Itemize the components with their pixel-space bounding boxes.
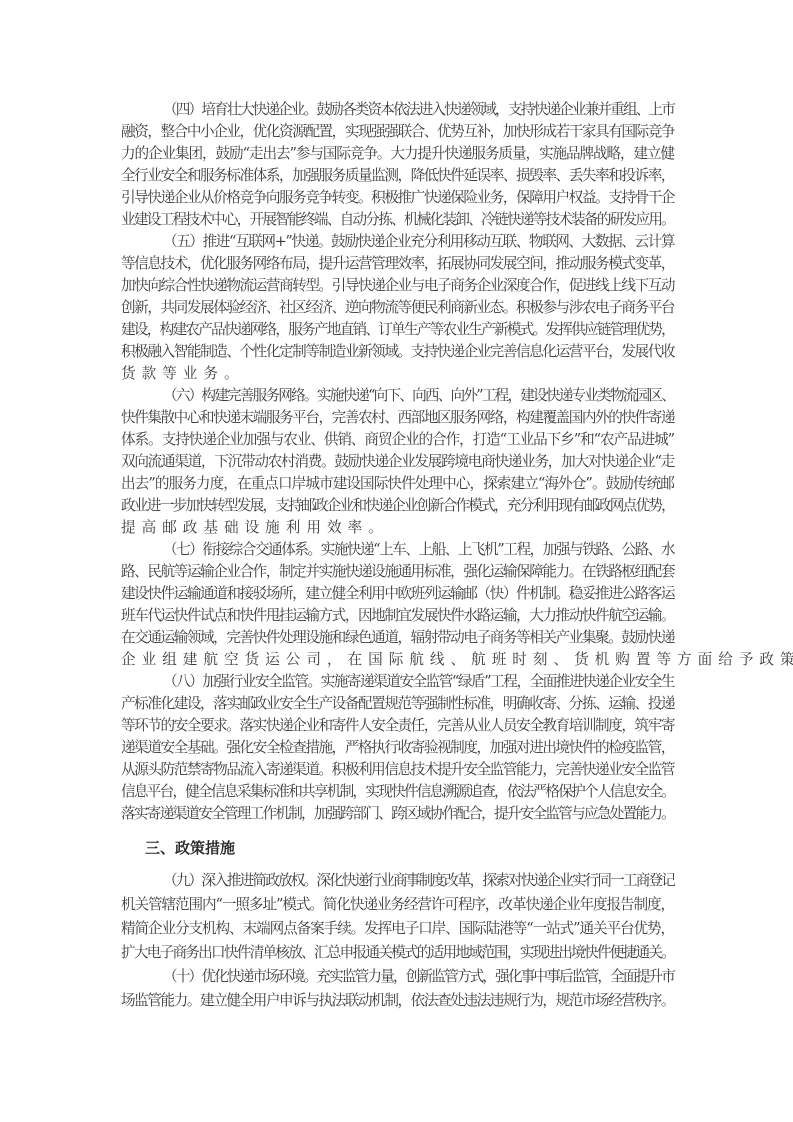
text-line: 力的企业集团，鼓励“走出去”参与国际竞争。大力提升快递服务质量，实施品牌战略，建… (121, 143, 674, 165)
text-line: （六）构建完善服务网络。实施快递“向下、向西、向外”工程，建设快递专业类物流园区… (121, 385, 674, 407)
text-line: 货款等业务。 (121, 363, 674, 385)
text-line: 加快向综合性快递物流运营商转型。引导快递企业与电子商务企业深度合作，促进线上线下… (121, 275, 674, 297)
text-line: 体系。支持快递企业加强与农业、供销、商贸企业的合作，打造“工业品下乡”和“农产品… (121, 429, 674, 451)
text-line: 引导快递企业从价格竞争向服务竞争转变。积极推广快递保险业务，保障用户权益。支持骨… (121, 187, 674, 209)
paragraph-5: （五）推进“互联网+”快递。鼓励快递企业充分利用移动互联、物联网、大数据、云计算… (121, 231, 674, 385)
section-development-tasks: （四）培育壮大快递企业。鼓励各类资本依法进入快递领域，支持快递企业兼并重组、上市… (121, 99, 674, 825)
text-line: 机关管辖范围内“一照多址”模式。简化快递业务经营许可程序，改革快递企业年度报告制… (121, 893, 674, 917)
text-line: （九）深入推进简政放权。深化快递行业商事制度改革，探索对快递企业实行同一工商登记 (121, 869, 674, 893)
section-policy-measures: （九）深入推进简政放权。深化快递行业商事制度改革，探索对快递企业实行同一工商登记… (121, 869, 674, 1013)
text-line: 建设快件运输通道和接驳场所，建立健全利用中欧班列运输邮（快）件机制。稳妥推进公路… (121, 583, 674, 605)
document-page: （四）培育壮大快递企业。鼓励各类资本依法进入快递领域，支持快递企业兼并重组、上市… (121, 99, 674, 1013)
text-line: 快件集散中心和快递末端服务平台，完善农村、西部地区服务网络，构建覆盖国内外的快件… (121, 407, 674, 429)
paragraph-10: （十）优化快递市场环境。充实监管力量，创新监管方式，强化事中事后监管，全面提升市… (121, 965, 674, 1013)
paragraph-8: （八）加强行业安全监管。实施寄递渠道安全监管“绿盾”工程，全面推进快递企业安全生… (121, 671, 674, 825)
text-line: （四）培育壮大快递企业。鼓励各类资本依法进入快递领域，支持快递企业兼并重组、上市 (121, 99, 674, 121)
text-line: 业建设工程技术中心，开展智能终端、自动分拣、机械化装卸、冷链快递等技术装备的研发… (121, 209, 674, 231)
text-line: （五）推进“互联网+”快递。鼓励快递企业充分利用移动互联、物联网、大数据、云计算 (121, 231, 674, 253)
text-line: 扩大电子商务出口快件清单核放、汇总申报通关模式的适用地域范围，实现进出境快件便捷… (121, 941, 674, 965)
text-line: 在交通运输领域，完善快件处理设施和绿色通道，辐射带动电子商务等相关产业集聚。鼓励… (121, 627, 674, 649)
text-line: 从源头防范禁寄物品流入寄递渠道。积极利用信息技术提升安全监管能力，完善快递业安全… (121, 759, 674, 781)
text-line: 全行业安全和服务标准体系，加强服务质量监测，降低快件延误率、损毁率、丢失率和投诉… (121, 165, 674, 187)
text-line: （八）加强行业安全监管。实施寄递渠道安全监管“绿盾”工程，全面推进快递企业安全生 (121, 671, 674, 693)
paragraph-7: （七）衔接综合交通体系。实施快递“上车、上船、上飞机”工程，加强与铁路、公路、水… (121, 539, 674, 671)
text-line: 双向流通渠道，下沉带动农村消费。鼓励快递企业发展跨境电商快递业务，加大对快递企业… (121, 451, 674, 473)
section-heading-policy-measures: 三、政策措施 (121, 833, 674, 863)
text-line: 提高邮政基础设施利用效率。 (121, 517, 674, 539)
text-line: 建设，构建农产品快递网络，服务产地直销、订单生产等农业生产新模式。发挥供应链管理… (121, 319, 674, 341)
text-line: 场监管能力。建立健全用户申诉与执法联动机制，依法查处违法违规行为，规范市场经营秩… (121, 989, 674, 1013)
text-line: 融资，整合中小企业，优化资源配置，实现强强联合、优势互补，加快形成若干家具有国际… (121, 121, 674, 143)
text-line: 等信息技术，优化服务网络布局，提升运营管理效率，拓展协同发展空间，推动服务模式变… (121, 253, 674, 275)
text-line: 等环节的安全要求。落实快递企业和寄件人安全责任，完善从业人员安全教育培训制度，筑… (121, 715, 674, 737)
text-line: 出去”的服务力度，在重点口岸城市建设国际快件处理中心，探索建立“海外仓”。鼓励传… (121, 473, 674, 495)
text-line: （十）优化快递市场环境。充实监管力量，创新监管方式，强化事中事后监管，全面提升市 (121, 965, 674, 989)
text-line: （七）衔接综合交通体系。实施快递“上车、上船、上飞机”工程，加强与铁路、公路、水 (121, 539, 674, 561)
text-line: 企业组建航空货运公司，在国际航线、航班时刻、货机购置等方面给予政策支持。 (121, 649, 674, 671)
paragraph-6: （六）构建完善服务网络。实施快递“向下、向西、向外”工程，建设快递专业类物流园区… (121, 385, 674, 539)
text-line: 路、民航等运输企业合作，制定并实施快递设施通用标准，强化运输保障能力。在铁路枢纽… (121, 561, 674, 583)
paragraph-4: （四）培育壮大快递企业。鼓励各类资本依法进入快递领域，支持快递企业兼并重组、上市… (121, 99, 674, 231)
text-line: 精简企业分支机构、末端网点备案手续。发挥电子口岸、国际陆港等“一站式”通关平台优… (121, 917, 674, 941)
text-line: 政业进一步加快转型发展，支持邮政企业和快递企业创新合作模式，充分利用现有邮政网点… (121, 495, 674, 517)
text-line: 递渠道安全基础。强化安全检查措施，严格执行收寄验视制度，加强对进出境快件的检疫监… (121, 737, 674, 759)
text-line: 创新，共同发展体验经济、社区经济、逆向物流等便民利商新业态。积极参与涉农电子商务… (121, 297, 674, 319)
text-line: 信息平台，健全信息采集标准和共享机制，实现快件信息溯源追查，依法严格保护个人信息… (121, 781, 674, 803)
text-line: 积极融入智能制造、个性化定制等制造业新领域。支持快递企业完善信息化运营平台，发展… (121, 341, 674, 363)
paragraph-9: （九）深入推进简政放权。深化快递行业商事制度改革，探索对快递企业实行同一工商登记… (121, 869, 674, 965)
text-line: 落实寄递渠道安全管理工作机制，加强跨部门、跨区域协作配合，提升安全监管与应急处置… (121, 803, 674, 825)
text-line: 产标准化建设，落实邮政业安全生产设备配置规范等强制性标准，明确收寄、分拣、运输、… (121, 693, 674, 715)
text-line: 班车代运快件试点和快件甩挂运输方式，因地制宜发展快件水路运输，大力推动快件航空运… (121, 605, 674, 627)
